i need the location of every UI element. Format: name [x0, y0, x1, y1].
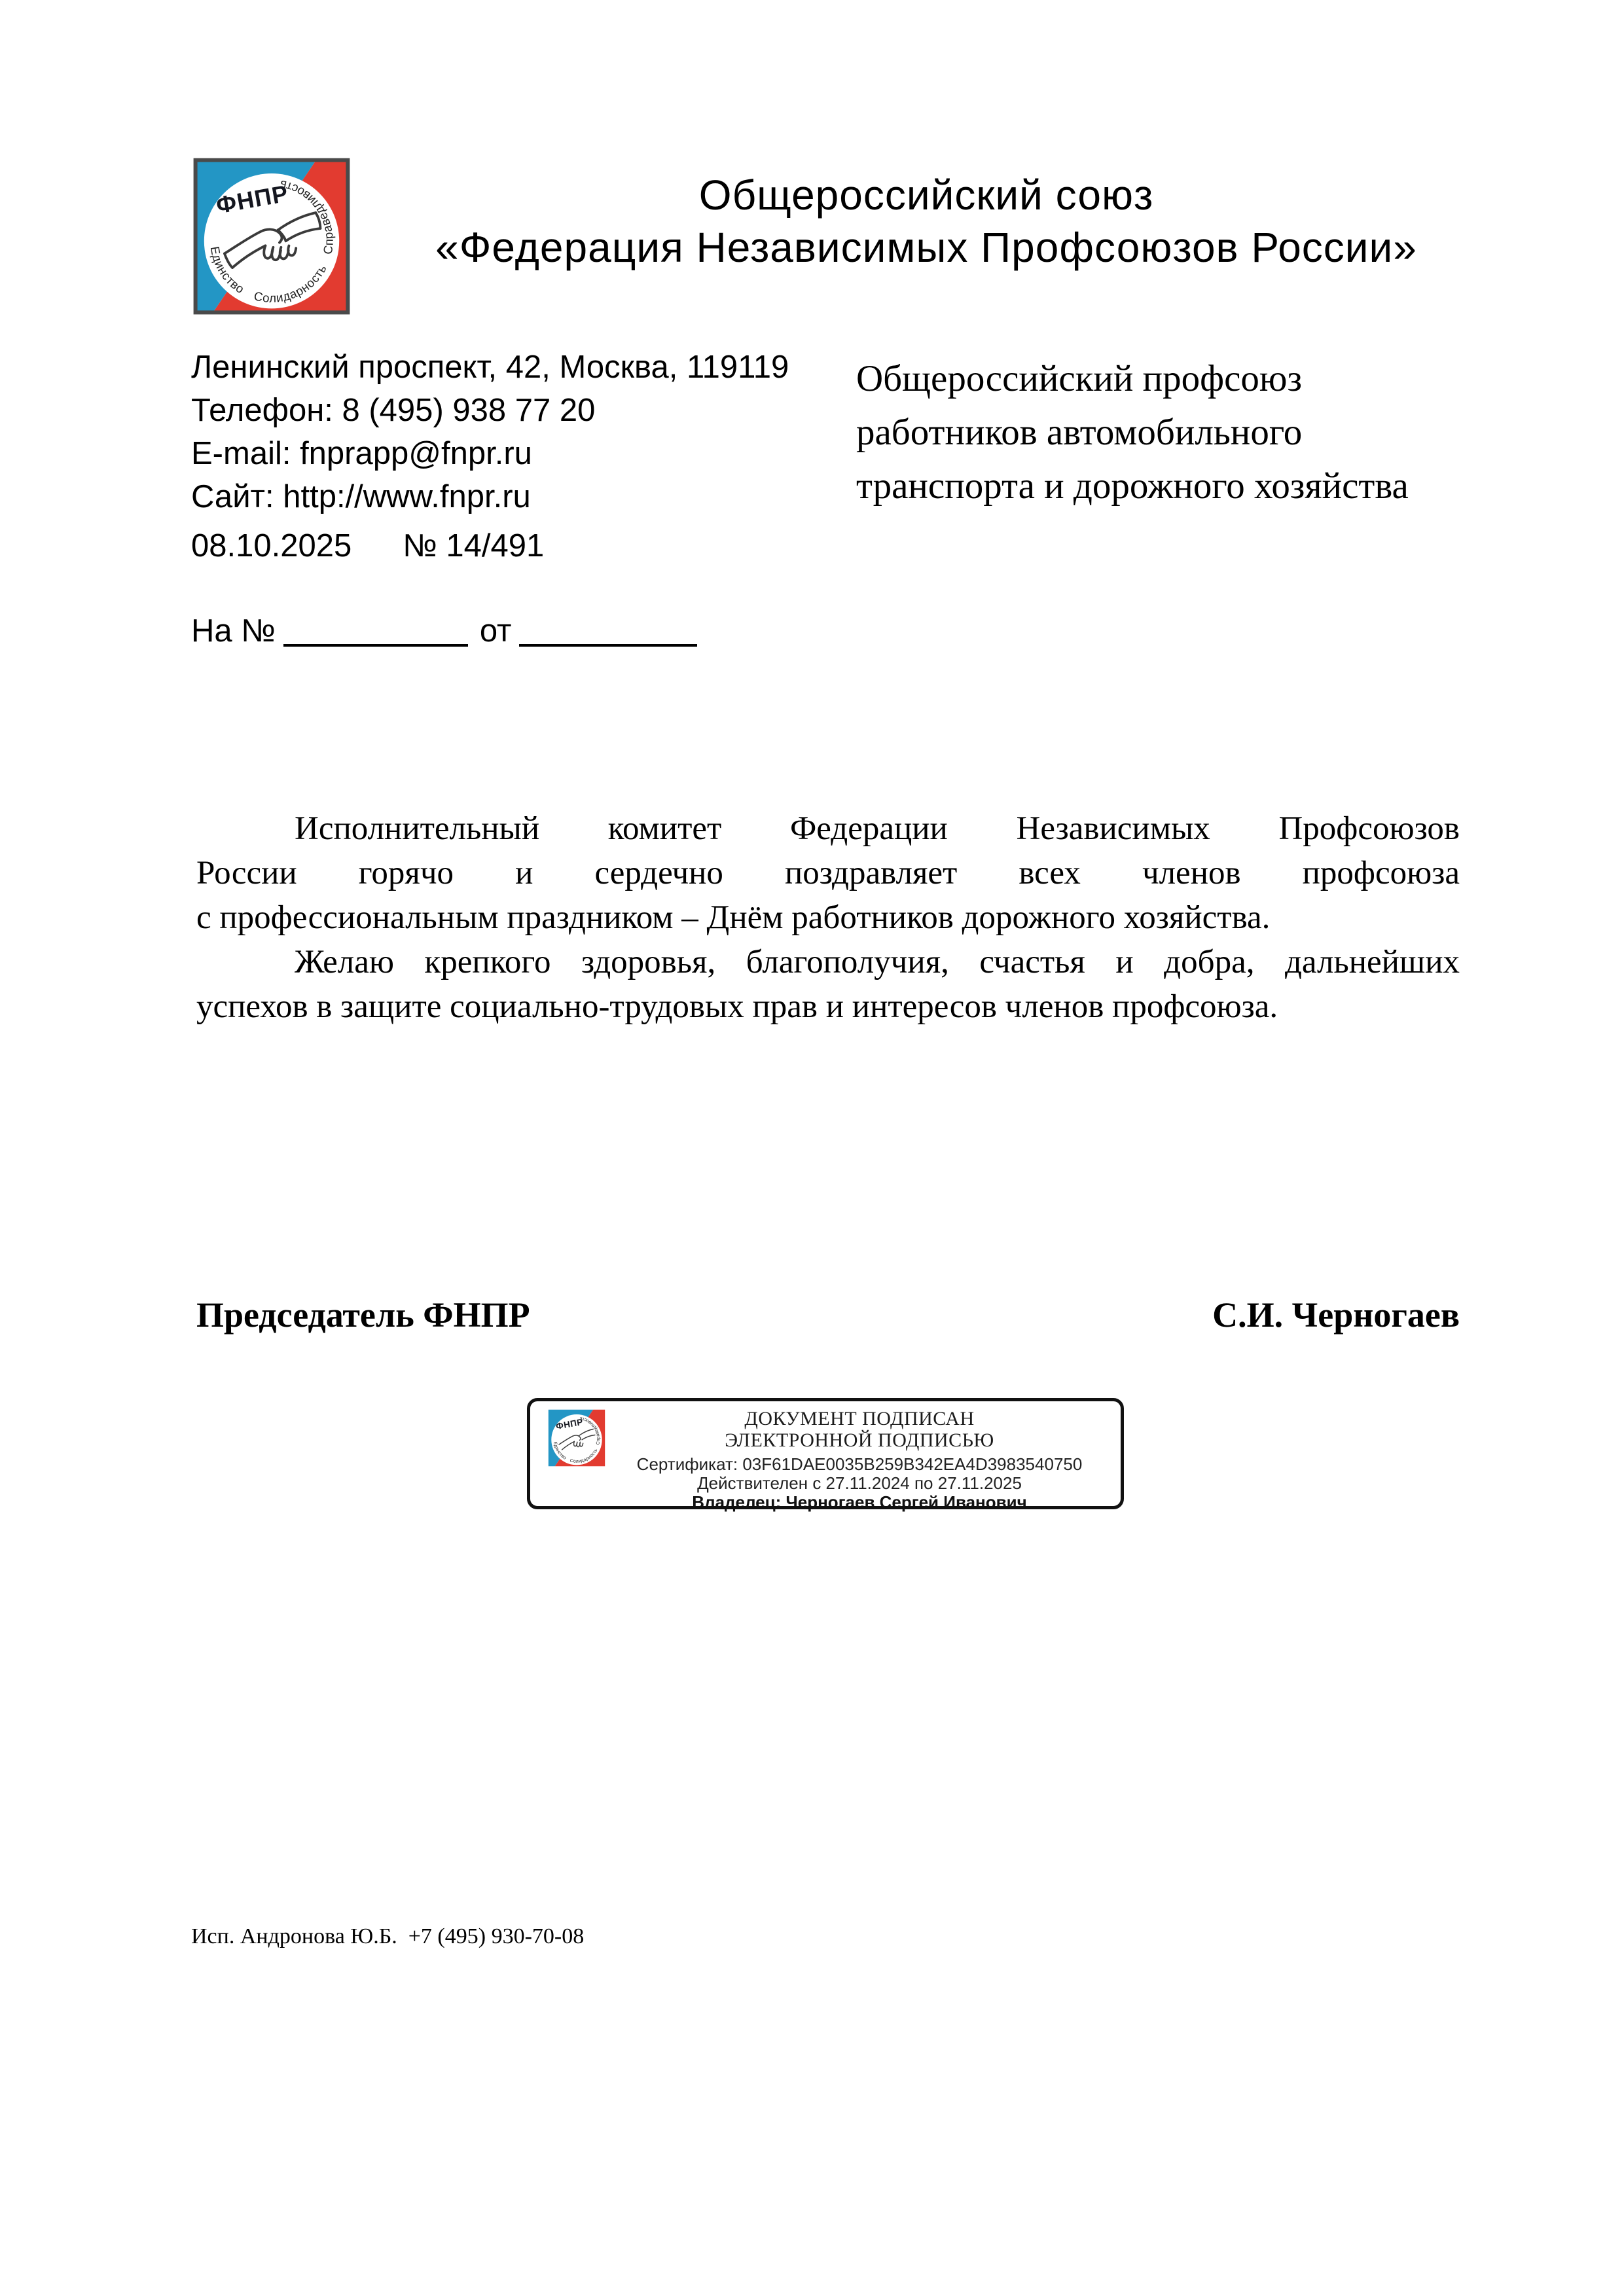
stamp-validity: Действителен с 27.11.2024 по 27.11.2025 [607, 1474, 1111, 1493]
stamp-title-line1: ДОКУМЕНТ ПОДПИСАН [607, 1408, 1111, 1429]
letterhead-title-line2: «Федерация Независимых Профсоюзов России… [357, 221, 1496, 274]
sender-email: E-mail: fnprapp@fnpr.ru [191, 432, 789, 475]
body-line: успехов в защите социально-трудовых прав… [196, 984, 1460, 1029]
reply-number-blank [283, 613, 468, 647]
stamp-certificate: Сертификат: 03F61DAE0035B259B342EA4D3983… [607, 1455, 1111, 1474]
sender-address: Ленинский проспект, 42, Москва, 119119 [191, 346, 789, 389]
sender-contact-block: Ленинский проспект, 42, Москва, 119119 Т… [191, 346, 789, 518]
recipient-block: Общероссийский профсоюз работников автом… [856, 352, 1498, 513]
letterhead-title-line1: Общероссийский союз [357, 169, 1496, 221]
reply-date-blank [519, 613, 697, 647]
esignature-stamp: ФНПР Единство Солидарность Справедливост… [527, 1398, 1124, 1509]
recipient-line: транспорта и дорожного хозяйства [856, 459, 1498, 513]
reply-prefix-label: На № [191, 613, 276, 649]
stamp-owner: Владелец: Черногаев Сергей Иванович [607, 1493, 1111, 1512]
reply-reference-line: На №от [191, 607, 697, 651]
fnpr-logo-image: ФНПР Единство Солидарность Справедливост… [193, 154, 350, 319]
letter-page: ФНПР Единство Солидарность Справедливост… [0, 0, 1624, 2296]
sender-website: Сайт: http://www.fnpr.ru [191, 475, 789, 518]
doc-number: № 14/491 [403, 528, 544, 564]
doc-date: 08.10.2025 [191, 528, 352, 564]
body-line: Исполнительный комитет Федерации Независ… [196, 806, 1460, 851]
signature-position: Председатель ФНПР [196, 1295, 530, 1335]
stamp-fnpr-logo: ФНПР Единство Солидарность Справедливост… [547, 1408, 606, 1468]
fnpr-logo: ФНПР Единство Солидарность Справедливост… [193, 154, 350, 319]
stamp-title-line2: ЭЛЕКТРОННОЙ ПОДПИСЬЮ [607, 1429, 1111, 1451]
reply-separator-label: от [480, 613, 512, 649]
executor-note: Исп. Андронова Ю.Б. +7 (495) 930-70-08 [191, 1924, 584, 1949]
signature-name: С.И. Черногаев [1212, 1295, 1460, 1335]
reference-line: 08.10.2025№ 14/491 [191, 528, 544, 564]
letter-body: Исполнительный комитет Федерации Независ… [196, 806, 1460, 1029]
letterhead-title: Общероссийский союз «Федерация Независим… [357, 169, 1496, 274]
recipient-line: Общероссийский профсоюз [856, 352, 1498, 406]
signature-row: Председатель ФНПР С.И. Черногаев [196, 1295, 1460, 1335]
body-line: с профессиональным праздником – Днём раб… [196, 895, 1460, 940]
stamp-text-block: ДОКУМЕНТ ПОДПИСАН ЭЛЕКТРОННОЙ ПОДПИСЬЮ С… [607, 1408, 1111, 1512]
body-line: России горячо и сердечно поздравляет все… [196, 851, 1460, 895]
sender-phone: Телефон: 8 (495) 938 77 20 [191, 389, 789, 432]
recipient-line: работников автомобильного [856, 406, 1498, 459]
body-line: Желаю крепкого здоровья, благополучия, с… [196, 940, 1460, 984]
